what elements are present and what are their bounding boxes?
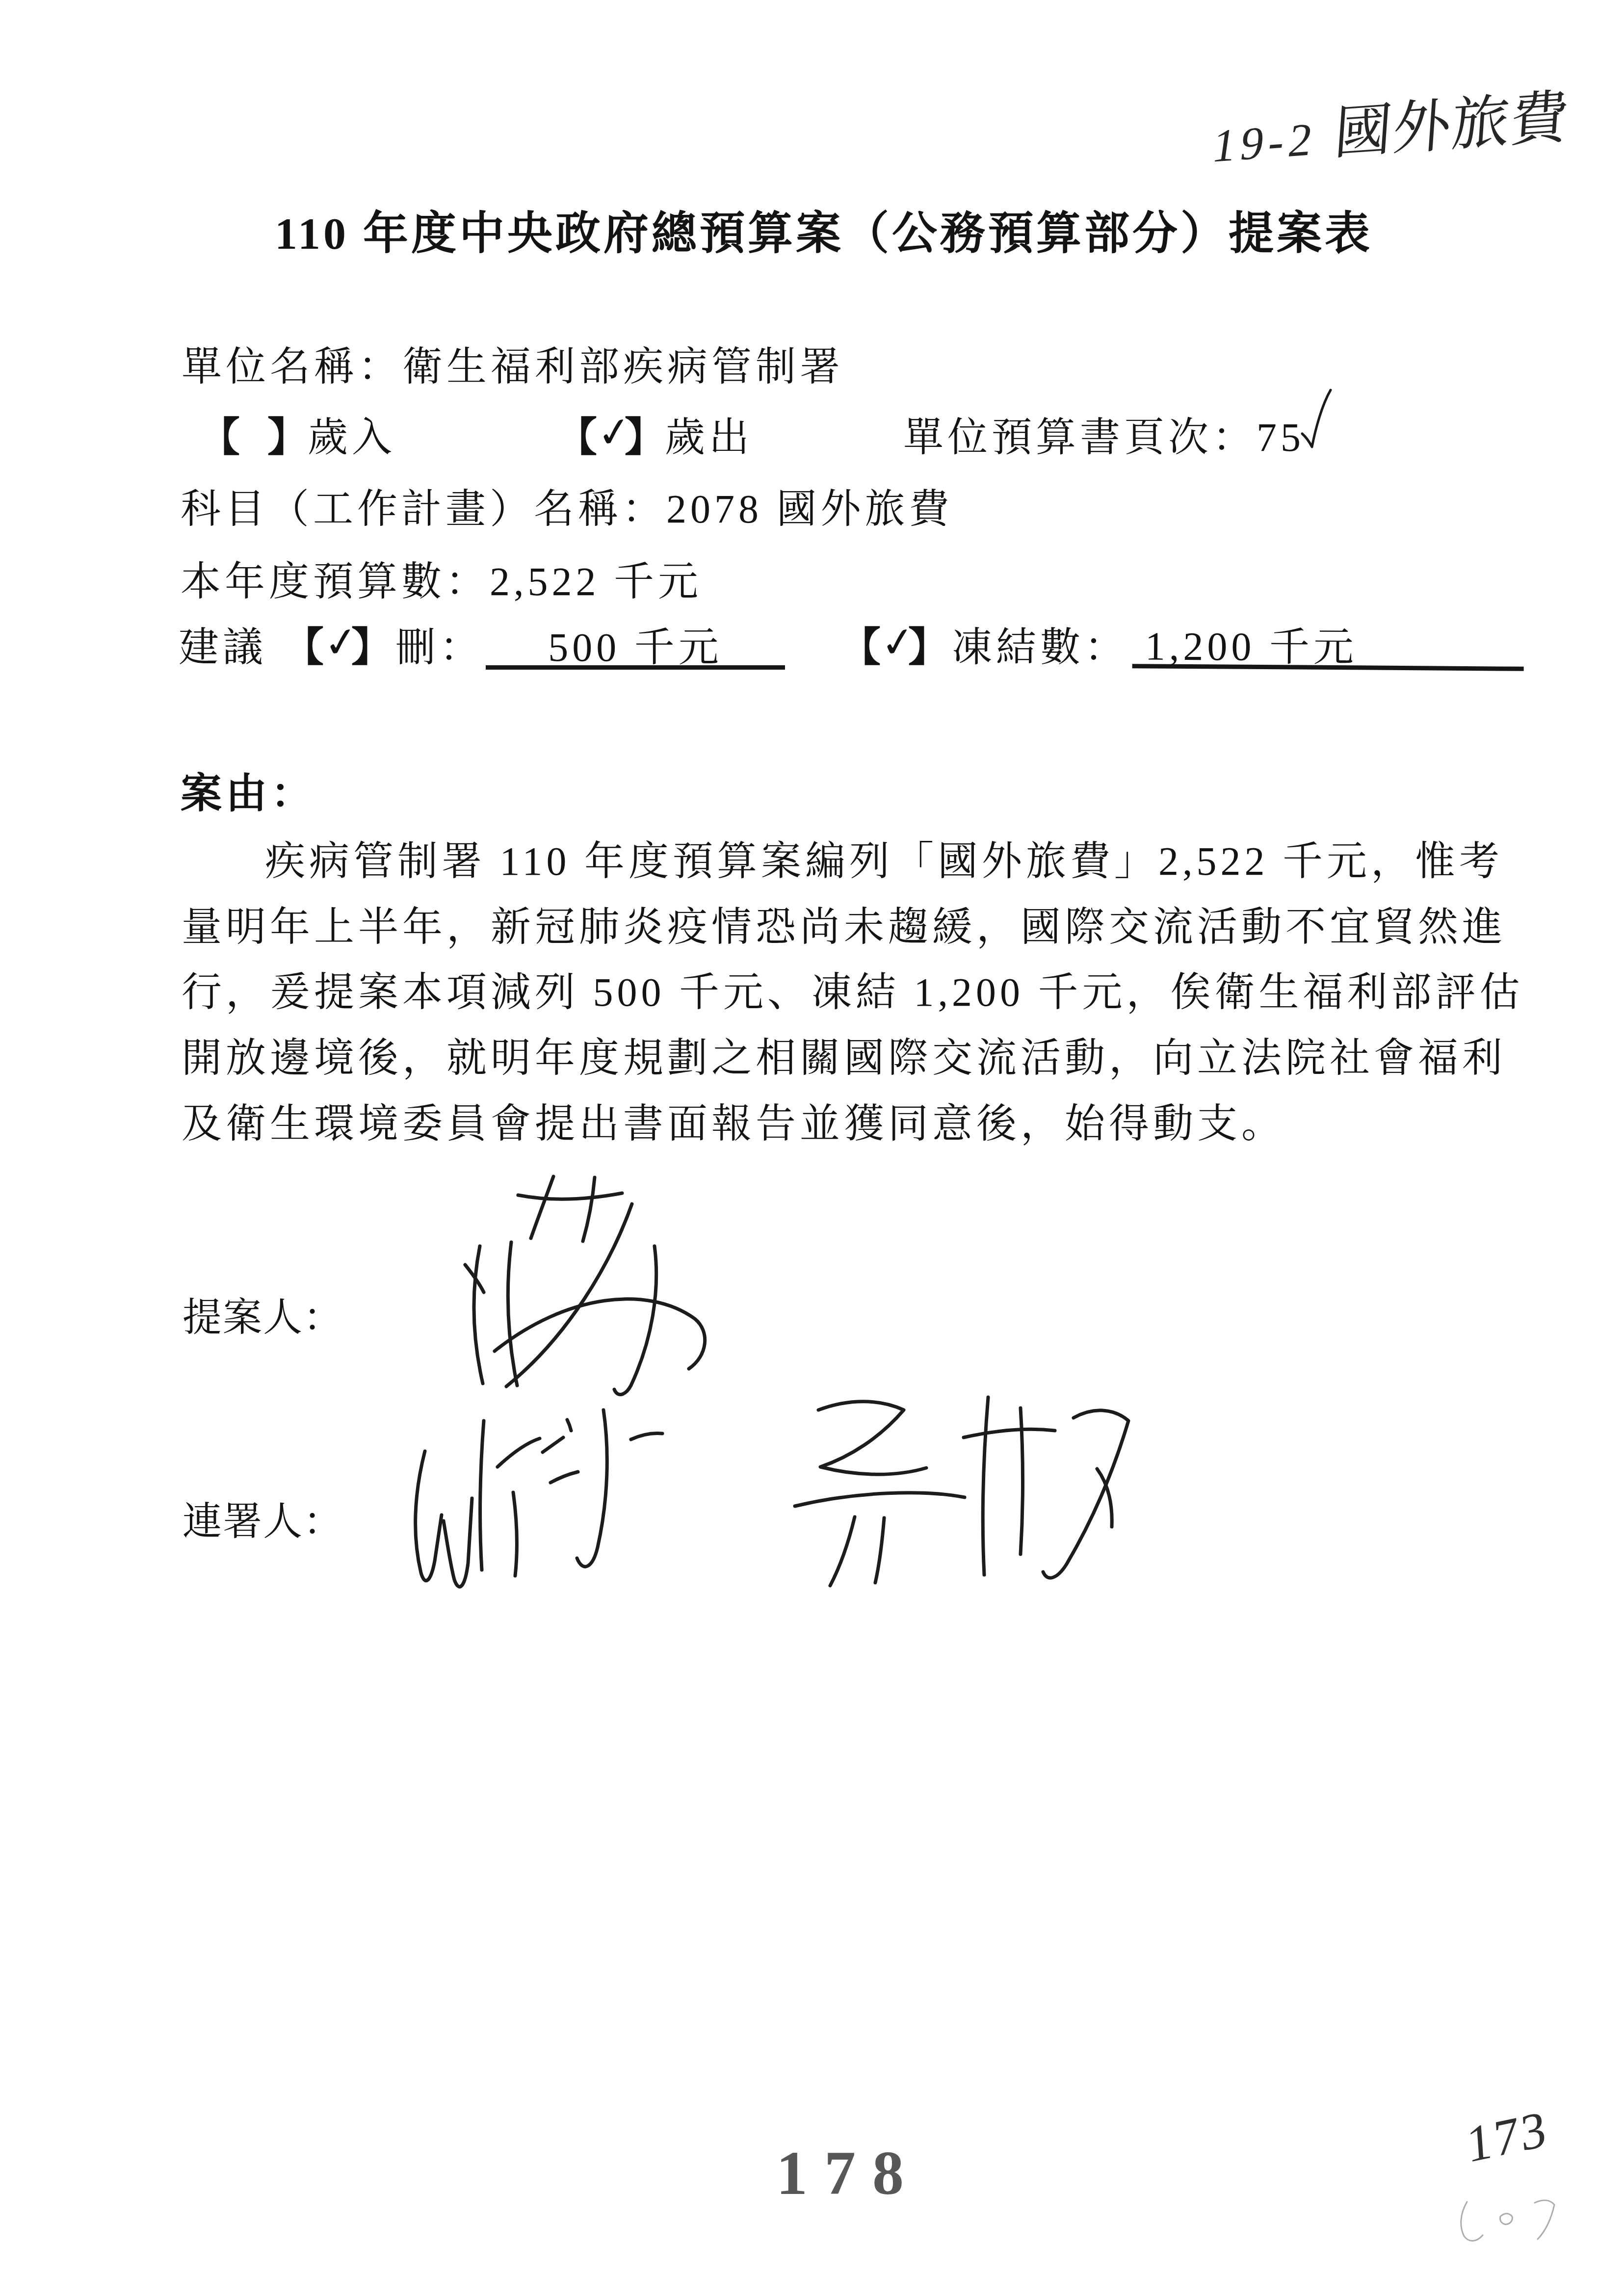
- current-budget-line: 本年度預算數：2,522 千元: [181, 549, 702, 607]
- expenditure-checkbox: 【✓】歲出: [557, 405, 753, 463]
- checkmark-icon: ✓: [878, 617, 911, 668]
- handwritten-note-number: 19-2: [1209, 112, 1321, 173]
- checkmark-icon: ✓: [594, 407, 628, 458]
- case-paragraph-line: 開放邊境後，就明年度規劃之相關國際交流活動，向立法院社會福利: [182, 1026, 1506, 1083]
- budget-page-label: 單位預算書頁次：: [903, 415, 1257, 460]
- proposer-label: 提案人：: [183, 1285, 343, 1342]
- freeze-amount-field: 1,200 千元: [1132, 614, 1524, 671]
- handwritten-checkmark-icon: [1299, 388, 1335, 452]
- handwritten-page-number: 173: [1465, 2099, 1550, 2175]
- expenditure-label: 歲出: [665, 415, 753, 460]
- bracket-open: 【: [284, 625, 324, 670]
- cosigner-signature-1: [393, 1392, 726, 1603]
- page-number: 178: [776, 2137, 920, 2209]
- case-paragraph-line: 疾病管制署 110 年度預算案編列「國外旅費」2,522 千元，惟考: [265, 829, 1503, 887]
- revenue-checkmark-empty: [240, 445, 267, 449]
- freeze-label: 凍結數：: [952, 615, 1128, 673]
- budget-page-field: 單位預算書頁次：75: [903, 405, 1305, 463]
- proposal-prefix: 建議: [179, 615, 267, 673]
- case-heading: 案由：: [181, 760, 316, 820]
- cut-label: 刪：: [395, 615, 484, 673]
- revenue-checkbox: 【】歲入: [200, 405, 396, 463]
- cosigner-signature-2: [754, 1380, 1146, 1595]
- bracket-open: 【: [840, 625, 881, 670]
- cut-checkbox: 【✓】: [284, 615, 392, 673]
- bracket-close: 】: [267, 415, 308, 460]
- scanned-budget-proposal-form: 19-2 國外旅費 110 年度中央政府總預算案（公務預算部分）提案表 單位名稱…: [0, 0, 1624, 2296]
- case-paragraph-line: 量明年上半年，新冠肺炎疫情恐尚未趨緩，國際交流活動不宜貿然進: [182, 895, 1506, 952]
- checkmark-icon: ✓: [321, 617, 354, 668]
- subject-line: 科目（工作計畫）名稱：2078 國外旅費: [181, 477, 953, 534]
- revenue-label: 歲入: [308, 415, 396, 460]
- page-title: 110 年度中央政府總預算案（公務預算部分）提案表: [275, 197, 1373, 262]
- handwritten-topic-note: 19-2 國外旅費: [1209, 70, 1572, 179]
- proposer-signature: [422, 1174, 756, 1399]
- unit-name-line: 單位名稱：衛生福利部疾病管制署: [182, 335, 844, 392]
- handwritten-note-text: 國外旅費: [1332, 70, 1573, 170]
- case-paragraph-line: 及衛生環境委員會提出書面報告並獲同意後，始得動支。: [182, 1092, 1285, 1149]
- budget-page-value: 75: [1257, 415, 1305, 460]
- cut-amount-field: 500 千元: [486, 615, 785, 670]
- bracket-open: 【: [557, 415, 597, 460]
- revenue-expenditure-row: 【】歲入 【✓】歲出 單位預算書頁次：75: [0, 405, 1624, 464]
- proposal-row: 建議 【✓】 刪： 500 千元 【✓】 凍結數： 1,200 千元: [0, 615, 1624, 679]
- cosigner-label: 連署人：: [183, 1489, 343, 1546]
- case-paragraph-line: 行，爰提案本項減列 500 千元、凍結 1,200 千元，俟衛生福利部評估: [182, 960, 1524, 1018]
- faint-pencil-marks: [1447, 2188, 1565, 2247]
- bracket-open: 【: [200, 415, 240, 460]
- freeze-checkbox: 【✓】: [840, 615, 948, 673]
